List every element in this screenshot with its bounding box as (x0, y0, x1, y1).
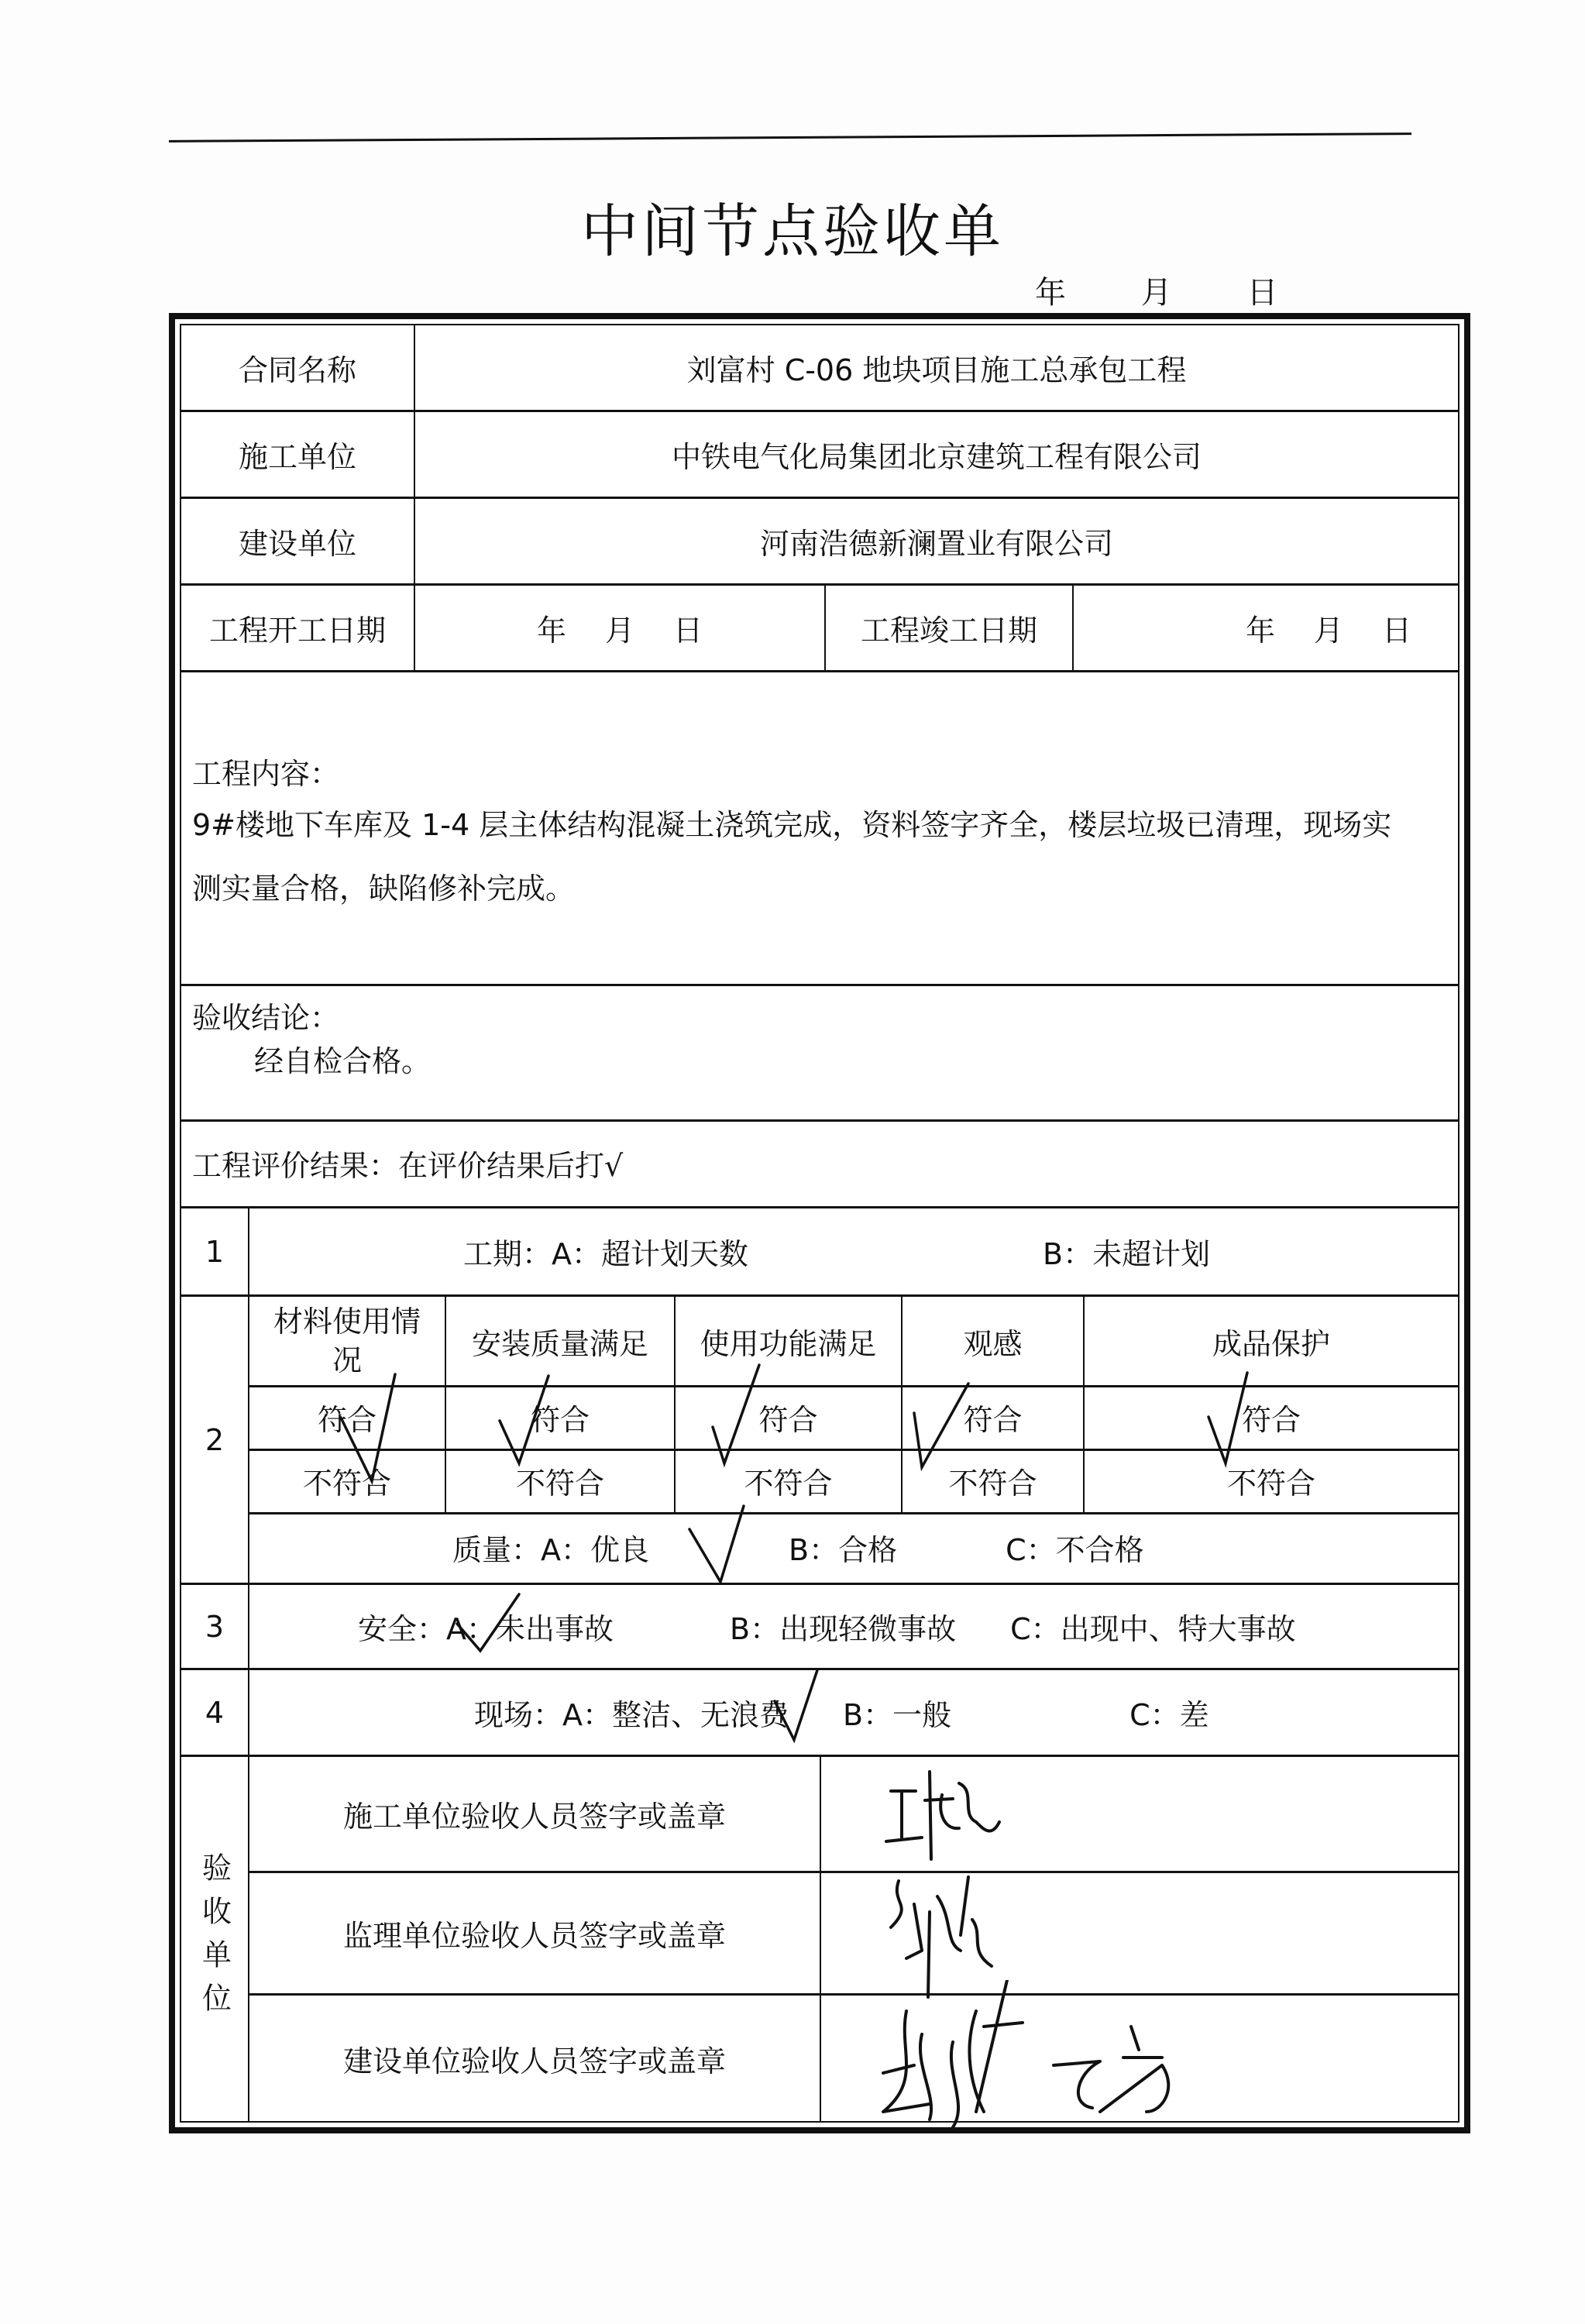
item-3-safety: 安全： A：未出事故 B：出现轻微事故 C：出现中、特大事故 (248, 1585, 1458, 1668)
row-evaluation-instruction: 工程评价结果：在评价结果后打√ (181, 1122, 1458, 1208)
owner-signature-label: 建设单位验收人员签字或盖章 (249, 1996, 820, 2121)
materials-fail[interactable]: 不符合 (249, 1449, 445, 1512)
contract-name-value: 刘富村 C-06 地块项目施工总承包工程 (414, 325, 1458, 410)
end-day: 日 (1382, 607, 1411, 649)
option-key: B： (843, 1698, 892, 1732)
item-1-number: 1 (181, 1208, 248, 1294)
option-key: C： (1006, 1533, 1056, 1567)
end-date-label: 工程竣工日期 (824, 586, 1072, 670)
construction-unit-label: 施工单位 (181, 412, 414, 497)
option-text: 未出事故 (496, 1612, 614, 1646)
item-1-schedule: 工期： A：超计划天数 B：未超计划 (248, 1208, 1458, 1294)
option-key: B： (1043, 1237, 1092, 1271)
signature-row-owner: 建设单位验收人员签字或盖章 (249, 1996, 1458, 2121)
title-date-year: 年 (1035, 268, 1066, 312)
option-text: 合格 (838, 1533, 897, 1567)
criteria-materials: 材料使用情况 (249, 1297, 445, 1385)
option-text: 一般 (892, 1698, 951, 1732)
item-3-number: 3 (181, 1585, 248, 1668)
quality-option-a[interactable]: A：优良 (541, 1526, 649, 1569)
quality-prefix: 质量： (452, 1526, 541, 1569)
row-content: 工程内容： 9#楼地下车库及 1-4 层主体结构混凝土浇筑完成，资料签字齐全，楼… (181, 672, 1458, 986)
criteria-fail-row: 不符合 不符合 不符合 不符合 不符合 (249, 1449, 1458, 1514)
row-item-1: 1 工期： A：超计划天数 B：未超计划 (181, 1208, 1458, 1297)
supervisor-signature-field[interactable] (820, 1873, 1458, 1993)
site-option-b[interactable]: B：一般 (843, 1691, 951, 1734)
criteria-header-row: 材料使用情况 安装质量满足 使用功能满足 观感 成品保护 (249, 1297, 1458, 1387)
quality-option-c[interactable]: C：不合格 (1006, 1526, 1144, 1569)
option-text: 优良 (590, 1533, 649, 1567)
appearance-fail[interactable]: 不符合 (901, 1449, 1083, 1512)
content-line-1: 9#楼地下车库及 1-4 层主体结构混凝土浇筑完成，资料签字齐全，楼层垃圾已清理… (192, 795, 1391, 855)
start-date-value: 年 月 日 (414, 586, 824, 670)
quality-row: 质量： A：优良 B：合格 C：不合格 (249, 1512, 1458, 1583)
item-2-grid: 材料使用情况 安装质量满足 使用功能满足 观感 成品保护 符合 符合 符合 符合… (248, 1297, 1458, 1583)
option-text: 整洁、无浪费 (612, 1698, 789, 1732)
option-key: B： (789, 1533, 838, 1567)
site-prefix: 现场： (474, 1691, 562, 1734)
safety-option-b[interactable]: B：出现轻微事故 (730, 1605, 956, 1648)
criteria-function: 使用功能满足 (674, 1297, 901, 1385)
signature-row-supervisor: 监理单位验收人员签字或盖章 (249, 1873, 1458, 1996)
conclusion-text: 经自检合格。 (254, 1031, 431, 1092)
safety-prefix: 安全： (358, 1605, 446, 1648)
supervisor-signature-label: 监理单位验收人员签字或盖章 (249, 1873, 820, 1993)
option-key: C： (1129, 1698, 1180, 1732)
site-option-a[interactable]: A：整洁、无浪费 (562, 1691, 789, 1734)
signature-row-contractor: 施工单位验收人员签字或盖章 (249, 1757, 1458, 1873)
construction-unit-value: 中铁电气化局集团北京建筑工程有限公司 (414, 412, 1458, 497)
title-date-month: 月 (1141, 268, 1172, 312)
quality-option-b[interactable]: B：合格 (789, 1526, 897, 1569)
title-date: 年 月 日 (1035, 268, 1343, 312)
owner-unit-value: 河南浩德新澜置业有限公司 (414, 499, 1458, 583)
row-contract-name: 合同名称 刘富村 C-06 地块项目施工总承包工程 (181, 325, 1458, 412)
start-day: 日 (673, 607, 703, 649)
owner-unit-label: 建设单位 (181, 499, 414, 583)
protection-fail[interactable]: 不符合 (1083, 1449, 1458, 1512)
owner-signature-icon (868, 1980, 1270, 2135)
option-text: 超计划天数 (601, 1237, 748, 1271)
protection-pass[interactable]: 符合 (1083, 1385, 1458, 1449)
option-key: A： (446, 1612, 496, 1646)
signature-grid: 施工单位验收人员签字或盖章 监理单位验收人员签字或盖章 建设单位验收人员签字或盖… (248, 1757, 1458, 2121)
signature-group-label: 验收单位 (181, 1757, 248, 2121)
function-fail[interactable]: 不符合 (674, 1449, 901, 1512)
contract-name-label: 合同名称 (181, 325, 414, 410)
row-item-2: 2 材料使用情况 安装质量满足 使用功能满足 观感 成品保护 符合 符合 符合 … (181, 1297, 1458, 1585)
row-item-4: 4 现场： A：整洁、无浪费 B：一般 C：差 (181, 1670, 1458, 1757)
site-option-c[interactable]: C：差 (1129, 1691, 1209, 1734)
page-title: 中间节点验收单 (0, 186, 1585, 268)
criteria-protection: 成品保护 (1083, 1297, 1458, 1385)
appearance-pass[interactable]: 符合 (901, 1385, 1083, 1449)
evaluation-instruction: 工程评价结果：在评价结果后打√ (192, 1136, 623, 1196)
criteria-installation: 安装质量满足 (445, 1297, 674, 1385)
title-date-day: 日 (1246, 268, 1277, 312)
installation-pass[interactable]: 符合 (445, 1385, 674, 1449)
option-key: C： (1010, 1612, 1061, 1646)
end-date-value: 年 月 日 (1072, 586, 1458, 670)
safety-option-a[interactable]: A：未出事故 (446, 1605, 614, 1648)
row-item-3: 3 安全： A：未出事故 B：出现轻微事故 C：出现中、特大事故 (181, 1585, 1458, 1670)
contractor-signature-icon (868, 1768, 1100, 1861)
schedule-option-b[interactable]: B：未超计划 (1043, 1230, 1210, 1273)
option-key: A： (541, 1533, 590, 1567)
contractor-signature-label: 施工单位验收人员签字或盖章 (249, 1757, 820, 1871)
start-year: 年 (537, 607, 566, 649)
top-rule (169, 132, 1411, 143)
item-2-number: 2 (181, 1297, 248, 1583)
option-text: 未超计划 (1092, 1237, 1210, 1271)
owner-signature-field[interactable] (820, 1996, 1458, 2121)
row-conclusion: 验收结论： 经自检合格。 (181, 986, 1458, 1122)
option-text: 差 (1180, 1698, 1209, 1732)
start-date-label: 工程开工日期 (181, 586, 414, 670)
option-text: 出现中、特大事故 (1061, 1612, 1296, 1646)
schedule-option-a[interactable]: A：超计划天数 (552, 1230, 748, 1273)
option-text: 出现轻微事故 (779, 1612, 956, 1646)
item-4-number: 4 (181, 1670, 248, 1755)
acceptance-form: 合同名称 刘富村 C-06 地块项目施工总承包工程 施工单位 中铁电气化局集团北… (169, 313, 1470, 2133)
content-line-2: 测实量合格，缺陷修补完成。 (192, 858, 575, 919)
criteria-appearance: 观感 (901, 1297, 1083, 1385)
installation-fail[interactable]: 不符合 (445, 1449, 674, 1512)
row-dates: 工程开工日期 年 月 日 工程竣工日期 年 月 日 (181, 586, 1458, 672)
option-key: A： (562, 1698, 612, 1732)
option-text: 不合格 (1056, 1533, 1144, 1567)
signature-section: 验收单位 施工单位验收人员签字或盖章 监理单位验收人员签字或盖章 (181, 1757, 1458, 2121)
materials-pass[interactable]: 符合 (249, 1385, 445, 1449)
option-key: A： (552, 1237, 601, 1271)
end-year: 年 (1246, 607, 1275, 649)
end-month: 月 (1314, 607, 1343, 649)
criteria-pass-row: 符合 符合 符合 符合 符合 (249, 1385, 1458, 1451)
function-pass[interactable]: 符合 (674, 1385, 901, 1449)
safety-option-c[interactable]: C：出现中、特大事故 (1010, 1605, 1296, 1648)
start-month: 月 (605, 607, 634, 649)
schedule-prefix: 工期： (463, 1230, 552, 1273)
item-4-site: 现场： A：整洁、无浪费 B：一般 C：差 (248, 1670, 1458, 1755)
row-construction-unit: 施工单位 中铁电气化局集团北京建筑工程有限公司 (181, 412, 1458, 499)
option-key: B： (730, 1612, 779, 1646)
row-owner-unit: 建设单位 河南浩德新澜置业有限公司 (181, 499, 1458, 586)
contractor-signature-field[interactable] (820, 1757, 1458, 1871)
